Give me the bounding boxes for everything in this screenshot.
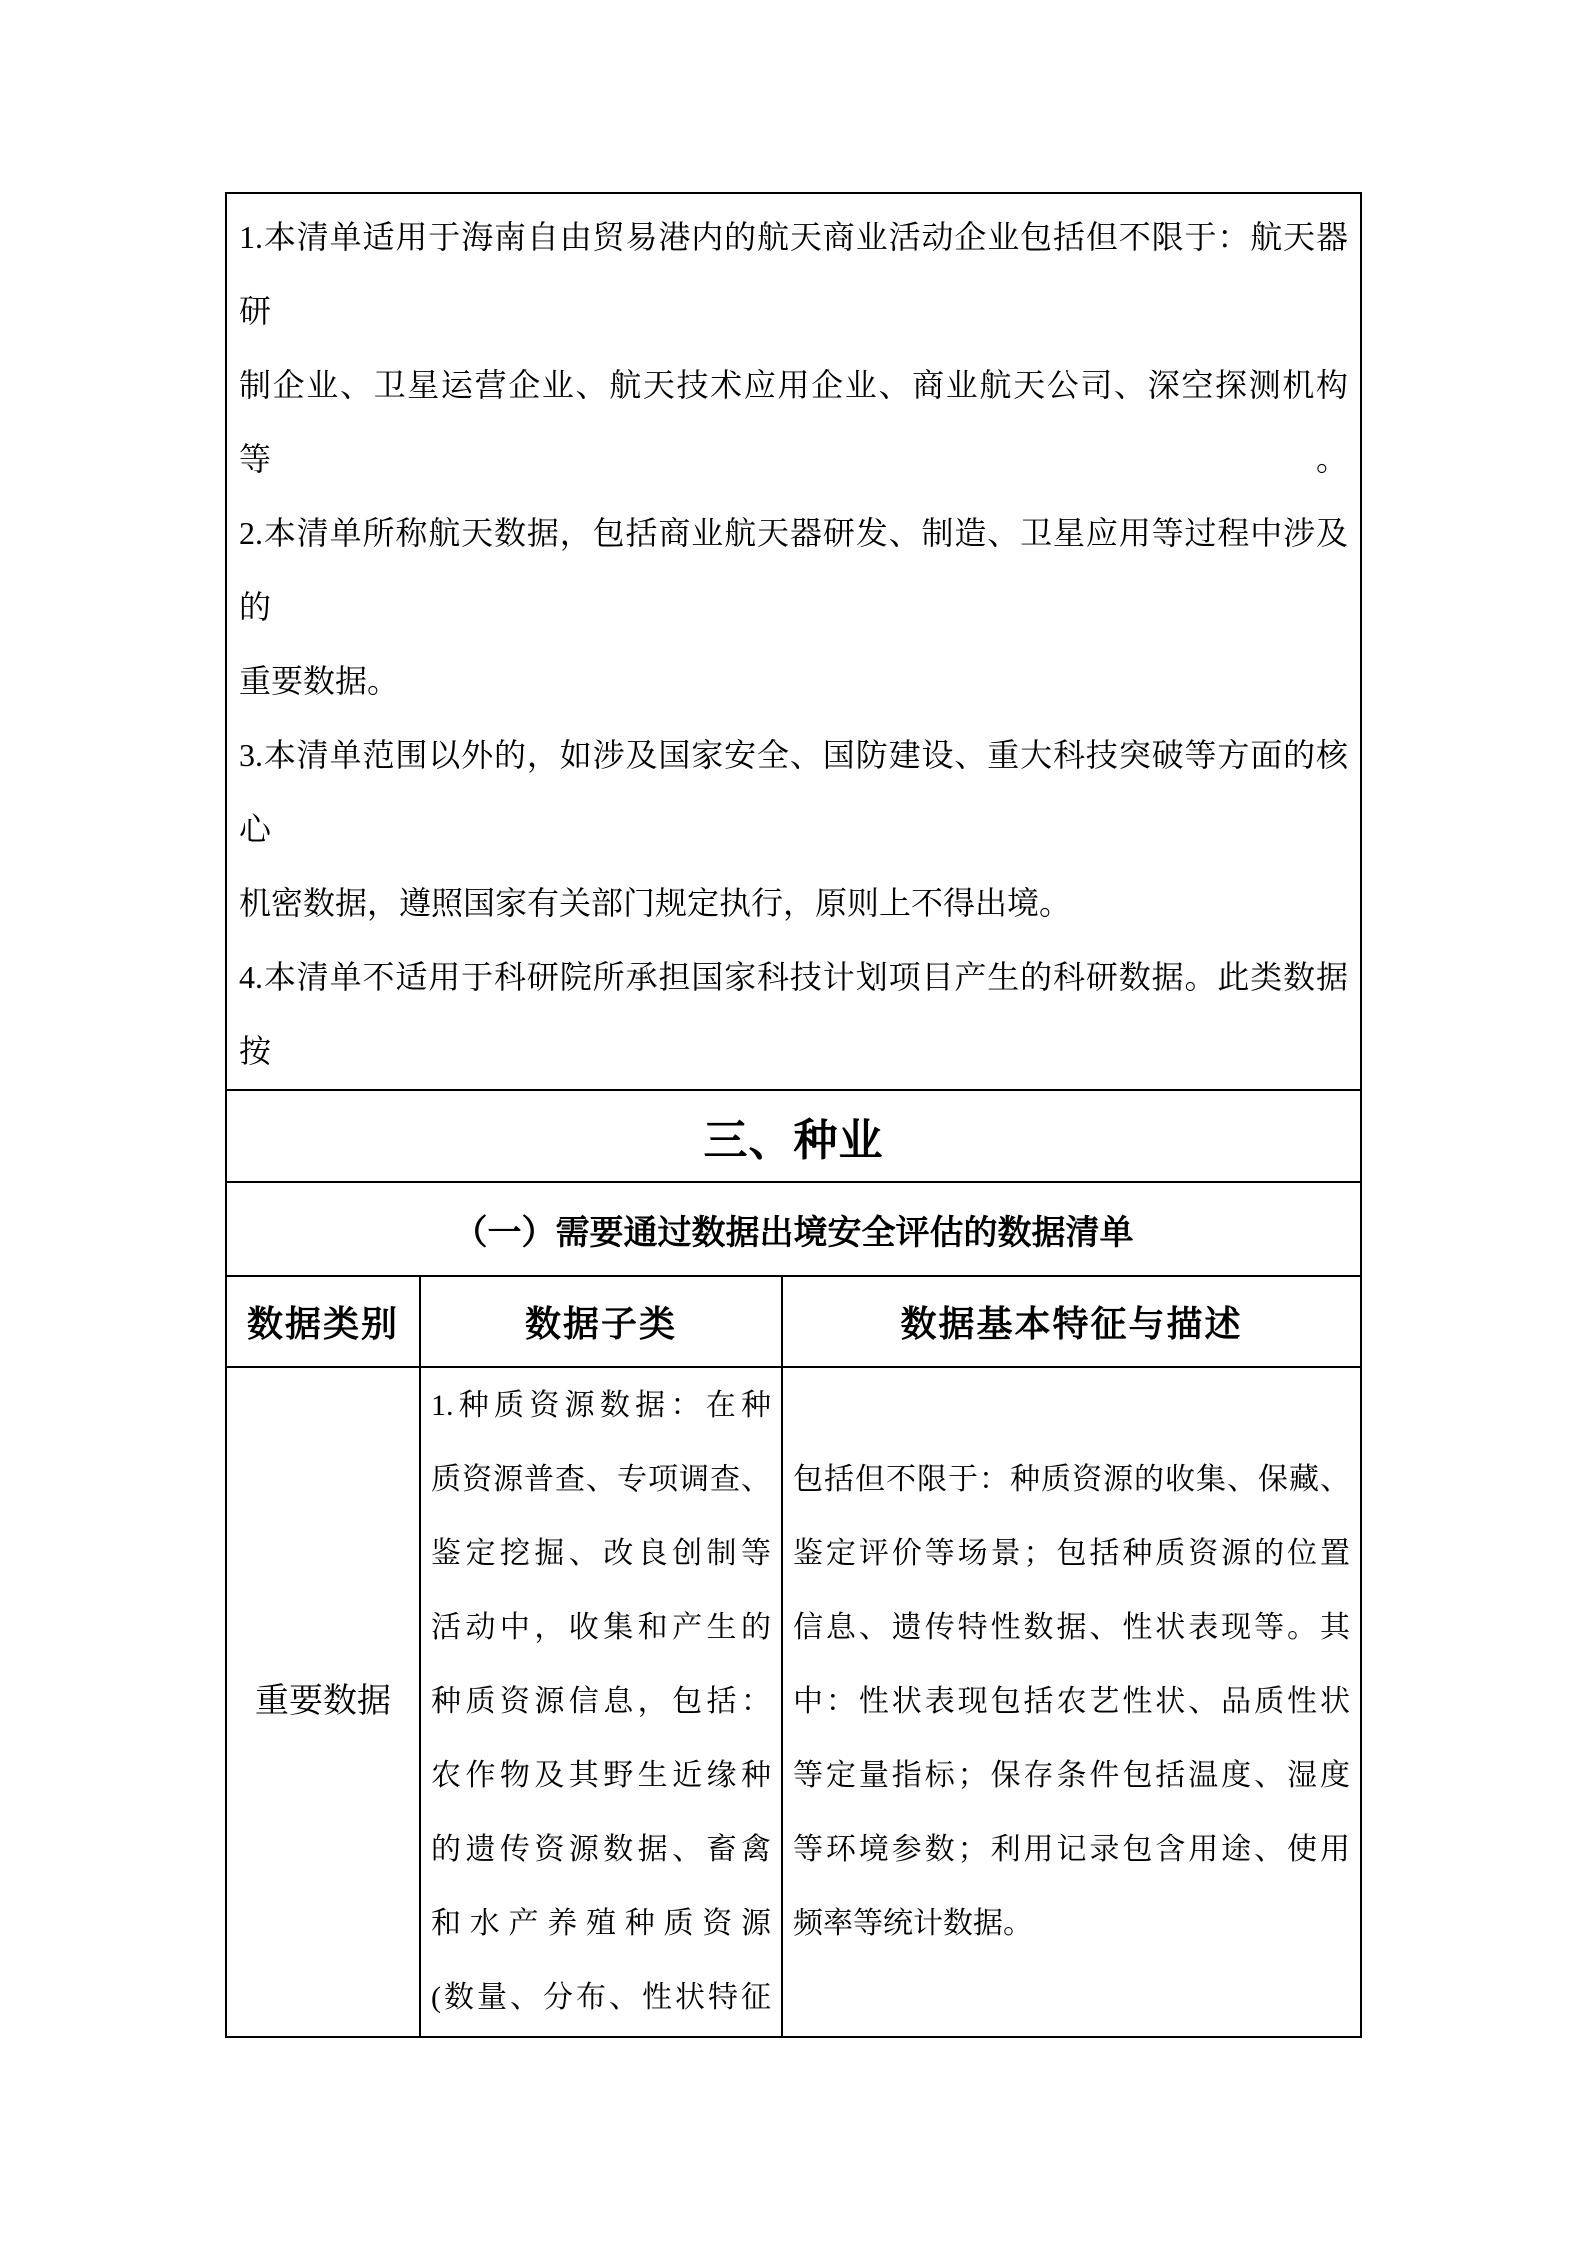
text-line: 和水产养殖种质资源 — [431, 1887, 771, 1961]
notes-line: 2.本清单所称航天数据，包括商业航天器研发、制造、卫星应用等过程中涉及的 — [239, 496, 1348, 644]
text-line: (数量、分布、性状特征 — [431, 1961, 771, 2035]
text-line: 鉴定评价等场景；包括种质资源的位置 — [793, 1517, 1350, 1591]
column-header-data-subclass: 数据子类 — [419, 1277, 781, 1366]
text-line: 包括但不限于：种质资源的收集、保藏、 — [793, 1443, 1350, 1517]
text-line: 活动中，收集和产生的 — [431, 1591, 771, 1665]
text-line: 鉴定挖掘、改良创制等 — [431, 1517, 771, 1591]
section-subtitle: （一）需要通过数据出境安全评估的数据清单 — [227, 1181, 1360, 1275]
table-header-row: 数据类别 数据子类 数据基本特征与描述 — [227, 1275, 1360, 1366]
text-line: 质资源普查、专项调查、 — [431, 1443, 771, 1517]
text-line: 频率等统计数据。 — [793, 1887, 1350, 1961]
table-row: 重要数据 1.种质资源数据：在种 质资源普查、专项调查、 鉴定挖掘、改良创制等 … — [227, 1366, 1360, 2036]
text-line: 等定量指标；保存条件包括温度、湿度 — [793, 1739, 1350, 1813]
notes-line: 重要数据。 — [239, 644, 1348, 718]
text-line: 的遗传资源数据、畜禽 — [431, 1813, 771, 1887]
cell-data-category: 重要数据 — [227, 1368, 419, 2036]
column-header-data-description: 数据基本特征与描述 — [781, 1277, 1360, 1366]
section-title: 三、种业 — [227, 1089, 1360, 1181]
text-line: 等环境参数；利用记录包含用途、使用 — [793, 1813, 1350, 1887]
notes-line: 制企业、卫星运营企业、航天技术应用企业、商业航天公司、深空探测机构等。 — [239, 348, 1348, 496]
text-line: 1.种质资源数据：在种 — [431, 1369, 771, 1443]
text-line: 种质资源信息，包括： — [431, 1665, 771, 1739]
text-line: 信息、遗传特性数据、性状表现等。其 — [793, 1591, 1350, 1665]
notes-section: 1.本清单适用于海南自由贸易港内的航天商业活动企业包括但不限于：航天器研 制企业… — [227, 194, 1360, 1089]
notes-line: 4.本清单不适用于科研院所承担国家科技计划项目产生的科研数据。此类数据按 — [239, 940, 1348, 1088]
cell-data-subclass: 1.种质资源数据：在种 质资源普查、专项调查、 鉴定挖掘、改良创制等 活动中，收… — [419, 1368, 781, 2036]
document-table: 1.本清单适用于海南自由贸易港内的航天商业活动企业包括但不限于：航天器研 制企业… — [225, 192, 1362, 2038]
notes-line: 机密数据，遵照国家有关部门规定执行，原则上不得出境。 — [239, 866, 1348, 940]
column-header-data-category: 数据类别 — [227, 1277, 419, 1366]
notes-line: 3.本清单范围以外的，如涉及国家安全、国防建设、重大科技突破等方面的核心 — [239, 718, 1348, 866]
cell-data-description: 包括但不限于：种质资源的收集、保藏、 鉴定评价等场景；包括种质资源的位置 信息、… — [781, 1368, 1360, 2036]
text-line: 中：性状表现包括农艺性状、品质性状 — [793, 1665, 1350, 1739]
text-line: 农作物及其野生近缘种 — [431, 1739, 771, 1813]
notes-line: 1.本清单适用于海南自由贸易港内的航天商业活动企业包括但不限于：航天器研 — [239, 200, 1348, 348]
